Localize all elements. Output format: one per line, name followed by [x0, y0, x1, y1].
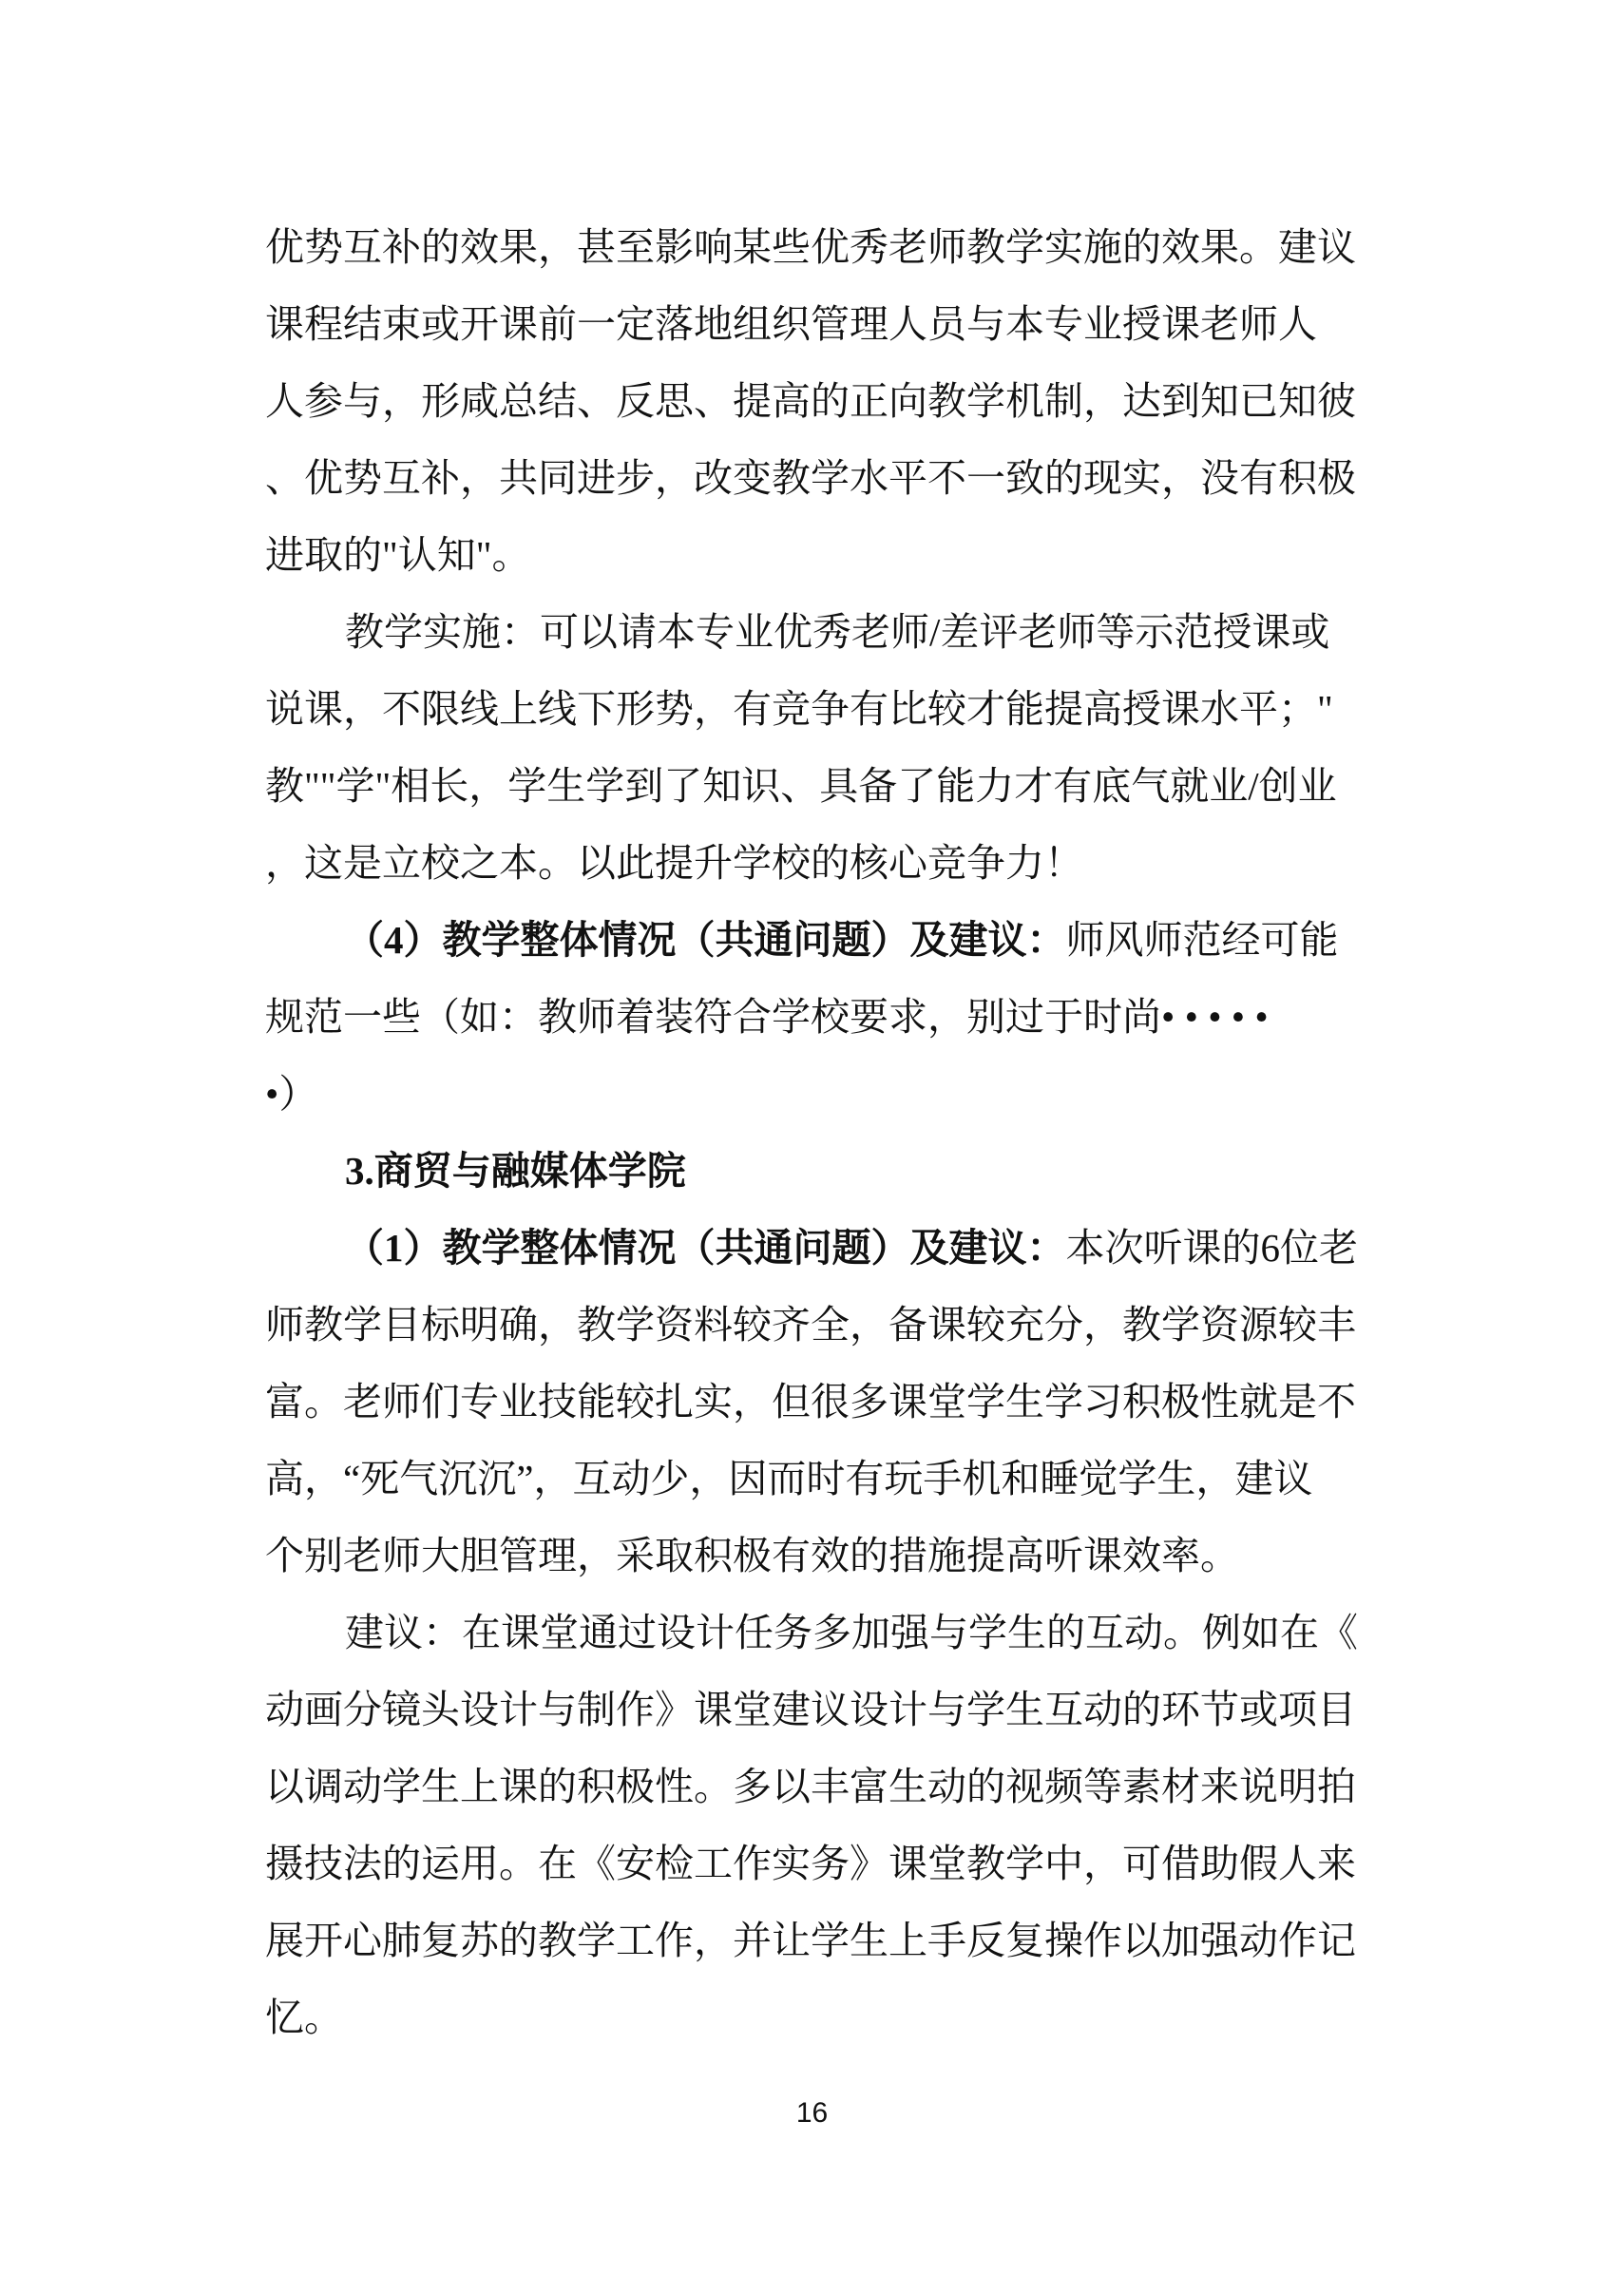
line-text: 教""学"相长，学生学到了知识、具备了能力才有底气就业/创业: [265, 764, 1337, 808]
text-line: 优势互补的效果，甚至影响某些优秀老师教学实施的效果。建议: [265, 209, 1362, 286]
line-text: 、优势互补，共同进步，改变教学水平不一致的现实，没有积极: [265, 456, 1356, 500]
text-line: ，这是立校之本。以此提升学校的核心竞争力！: [265, 825, 1362, 902]
document-text-block: 优势互补的效果，甚至影响某些优秀老师教学实施的效果。建议 课程结束或开课前一定落…: [265, 209, 1362, 2056]
text-line: 教学实施：可以请本专业优秀老师/差评老师等示范授课或: [265, 594, 1362, 671]
line-text: 动画分镜头设计与制作》课堂建议设计与学生互动的环节或项目: [265, 1688, 1356, 1731]
line-bold-text: （1）教学整体情况（共通问题）及建议：: [345, 1226, 1066, 1270]
line-text: 高，“死气沉沉”，互动少，因而时有玩手机和睡觉学生，建议: [265, 1457, 1312, 1500]
line-text: •）: [265, 1072, 317, 1116]
text-line: 个别老师大胆管理，采取积极有效的措施提高听课效率。: [265, 1518, 1362, 1595]
text-line: 忆。: [265, 1979, 1362, 2056]
text-line: 3.商贸与融媒体学院: [265, 1133, 1362, 1210]
line-text: 摄技法的运用。在《安检工作实务》课堂教学中，可借助假人来: [265, 1842, 1356, 1885]
text-line: 规范一些（如：教师着装符合学校要求，别过于时尚• • • • •: [265, 979, 1362, 1056]
line-text: 忆。: [265, 1996, 343, 2039]
text-line: 建议：在课堂通过设计任务多加强与学生的互动。例如在《: [265, 1595, 1362, 1672]
text-line: •）: [265, 1056, 1362, 1133]
line-text: 进取的"认知"。: [265, 533, 530, 577]
line-text: 以调动学生上课的积极性。多以丰富生动的视频等素材来说明拍: [265, 1765, 1356, 1808]
text-line: 展开心肺复苏的教学工作，并让学生上手反复操作以加强动作记: [265, 1902, 1362, 1979]
text-line: 教""学"相长，学生学到了知识、具备了能力才有底气就业/创业: [265, 748, 1362, 825]
text-line: 进取的"认知"。: [265, 517, 1362, 594]
line-text: 富。老师们专业技能较扎实，但很多课堂学生学习积极性就是不: [265, 1380, 1356, 1424]
line-bold-text: （4）教学整体情况（共通问题）及建议：: [345, 918, 1066, 962]
line-text: 规范一些（如：教师着装符合学校要求，别过于时尚• • • • •: [265, 995, 1269, 1039]
text-line: 人参与，形咸总结、反思、提高的正向教学机制，达到知已知彼: [265, 363, 1362, 440]
line-text: 课程结束或开课前一定落地组织管理人员与本专业授课老师人: [265, 302, 1317, 346]
line-text: 个别老师大胆管理，采取积极有效的措施提高听课效率。: [265, 1534, 1239, 1577]
text-line: 、优势互补，共同进步，改变教学水平不一致的现实，没有积极: [265, 440, 1362, 517]
line-text: 展开心肺复苏的教学工作，并让学生上手反复操作以加强动作记: [265, 1919, 1356, 1962]
line-text: 人参与，形咸总结、反思、提高的正向教学机制，达到知已知彼: [265, 379, 1356, 423]
text-line: 动画分镜头设计与制作》课堂建议设计与学生互动的环节或项目: [265, 1672, 1362, 1748]
document-page: 优势互补的效果，甚至影响某些优秀老师教学实施的效果。建议 课程结束或开课前一定落…: [0, 0, 1624, 2274]
line-text: ，这是立校之本。以此提升学校的核心竞争力！: [265, 841, 1083, 885]
line-text: 师教学目标明确，教学资料较齐全，备课较充分，教学资源较丰: [265, 1303, 1356, 1347]
text-line: （1）教学整体情况（共通问题）及建议：本次听课的6位老: [265, 1210, 1362, 1287]
line-text: 本次听课的6位老: [1066, 1226, 1359, 1270]
text-line: （4）教学整体情况（共通问题）及建议：师风师范经可能: [265, 902, 1362, 979]
text-line: 富。老师们专业技能较扎实，但很多课堂学生学习积极性就是不: [265, 1364, 1362, 1441]
line-text: 优势互补的效果，甚至影响某些优秀老师教学实施的效果。建议: [265, 225, 1356, 269]
line-text: 师风师范经可能: [1066, 918, 1339, 962]
line-text: 建议：在课堂通过设计任务多加强与学生的互动。例如在《: [345, 1611, 1358, 1654]
text-line: 高，“死气沉沉”，互动少，因而时有玩手机和睡觉学生，建议: [265, 1441, 1362, 1518]
text-line: 师教学目标明确，教学资料较齐全，备课较充分，教学资源较丰: [265, 1287, 1362, 1364]
text-line: 摄技法的运用。在《安检工作实务》课堂教学中，可借助假人来: [265, 1825, 1362, 1902]
line-text: 说课，不限线上线下形势，有竞争有比较才能提高授课水平；": [265, 687, 1333, 731]
text-line: 课程结束或开课前一定落地组织管理人员与本专业授课老师人: [265, 286, 1362, 363]
line-text: 教学实施：可以请本专业优秀老师/差评老师等示范授课或: [345, 610, 1329, 654]
line-bold-text: 3.商贸与融媒体学院: [345, 1149, 686, 1193]
text-line: 说课，不限线上线下形势，有竞争有比较才能提高授课水平；": [265, 671, 1362, 748]
text-line: 以调动学生上课的积极性。多以丰富生动的视频等素材来说明拍: [265, 1748, 1362, 1825]
page-number: 16: [0, 2094, 1624, 2132]
